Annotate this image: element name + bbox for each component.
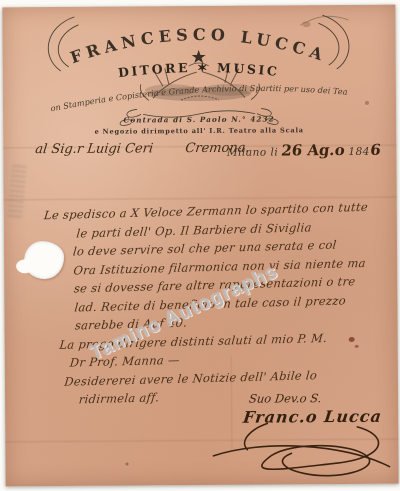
letter-body: Le spedisco a X Veloce Zermann lo sparti… bbox=[44, 198, 379, 410]
letterhead-address-line2: e Negozio dirimpetto all' I.R. Teatro al… bbox=[95, 126, 304, 135]
ink-stain bbox=[349, 337, 355, 342]
body-line-text: sarebbe di Auf 40. bbox=[74, 314, 188, 335]
stamp-smudge bbox=[7, 163, 27, 218]
dateline-printed-city: Milano li bbox=[227, 146, 278, 158]
dateline-printed-year: 184 bbox=[348, 146, 370, 158]
paper-hole-small bbox=[16, 259, 34, 273]
closing-salutation: Suo Dev.o S. bbox=[249, 391, 321, 406]
body-line-text: ridirmela aff. bbox=[78, 388, 160, 409]
paper-stain bbox=[365, 101, 369, 105]
recipient-name: al Sig.r Luigi Ceri bbox=[34, 140, 154, 158]
signature-flourish bbox=[209, 413, 394, 486]
recipient-block: al Sig.r Luigi Ceri Cremona. bbox=[35, 140, 249, 158]
pencil-mark bbox=[298, 9, 358, 31]
closing-text: Suo Dev.o S. bbox=[248, 391, 322, 406]
dateline: Milano li 26 Ag.o 1846 bbox=[227, 141, 381, 160]
dateline-handwritten-day: 26 Ag.o bbox=[281, 141, 347, 159]
letterhead-address-line1: Contrada di S. Paolo N.° 4232 bbox=[123, 114, 274, 124]
paper-stain bbox=[126, 463, 129, 466]
ink-stain bbox=[355, 345, 359, 348]
body-line-text: Dr Prof. Manna — bbox=[69, 351, 181, 372]
letter-paper: FRANCESCO LUCCA EDITORE ✶ MUSICA Con Sta… bbox=[2, 5, 398, 487]
paper-stain bbox=[302, 21, 310, 27]
dateline-handwritten-year-digit: 6 bbox=[369, 141, 382, 159]
